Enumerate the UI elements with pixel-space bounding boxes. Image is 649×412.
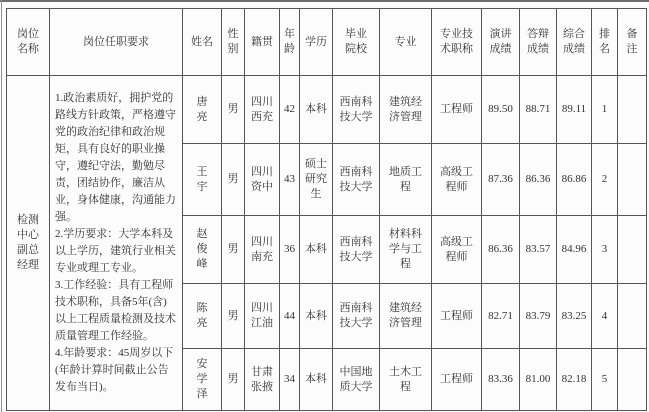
cell-major: 材料科学与工程 [380,216,432,284]
cell-position-name: 检测中心副总经理 [7,76,50,411]
cell-requirements: 1.政治素质好，拥护党的路线方针政策，严格遵守党的政治纪律和政治规矩，具有良好的… [50,76,183,411]
cell-title: 高级工程师 [432,144,482,216]
col-header-school: 毕业院校 [333,9,380,76]
cell-name: 唐亮 [183,76,222,144]
candidate-score-table: 岗位名称 岗位任职要求 姓名 性别 籍贯 年龄 学历 毕业院校 专业 专业技术职… [6,8,647,411]
cell-note [618,144,647,216]
cell-education: 硕士研究生 [300,144,333,216]
cell-title: 工程师 [432,349,482,411]
cell-speech-score: 86.36 [482,216,520,284]
col-header-requirements: 岗位任职要求 [50,9,183,76]
cell-title: 工程师 [432,76,482,144]
col-header-note: 备注 [618,9,647,76]
cell-gender: 男 [222,284,245,349]
cell-rank: 1 [592,76,618,144]
cell-age: 42 [280,76,300,144]
cell-school: 中国地质大学 [333,349,380,411]
cell-education: 本科 [300,349,333,411]
cell-education: 本科 [300,76,333,144]
cell-age: 34 [280,349,300,411]
cell-major: 土木工程 [380,349,432,411]
scanned-document-page: 岗位名称 岗位任职要求 姓名 性别 籍贯 年龄 学历 毕业院校 专业 专业技术职… [0,0,649,412]
col-header-major: 专业 [380,9,432,76]
cell-school: 西南科技大学 [333,216,380,284]
col-header-position-name: 岗位名称 [7,9,50,76]
cell-major: 建筑经济管理 [380,76,432,144]
cell-name: 安学泽 [183,349,222,411]
col-header-name: 姓名 [183,9,222,76]
cell-school: 西南科技大学 [333,144,380,216]
cell-major: 建筑经济管理 [380,284,432,349]
cell-gender: 男 [222,144,245,216]
cell-speech-score: 82.71 [482,284,520,349]
cell-name: 王宇 [183,144,222,216]
cell-native-place: 甘肃张掖 [245,349,280,411]
cell-title: 工程师 [432,284,482,349]
cell-school: 西南科技大学 [333,76,380,144]
table-row: 检测中心副总经理 1.政治素质好，拥护党的路线方针政策，严格遵守党的政治纪律和政… [7,76,647,144]
cell-age: 44 [280,284,300,349]
cell-gender: 男 [222,349,245,411]
cell-education: 本科 [300,216,333,284]
col-header-education: 学历 [300,9,333,76]
cell-speech-score: 83.36 [482,349,520,411]
col-header-title: 专业技术职称 [432,9,482,76]
cell-overall-score: 89.11 [557,76,592,144]
cell-school: 西南科技大学 [333,284,380,349]
cell-rank: 3 [592,216,618,284]
col-header-gender: 性别 [222,9,245,76]
cell-overall-score: 84.96 [557,216,592,284]
cell-name: 赵俊峰 [183,216,222,284]
cell-education: 本科 [300,284,333,349]
col-header-native-place: 籍贯 [245,9,280,76]
scan-edge-top [0,0,649,2]
table-header-row: 岗位名称 岗位任职要求 姓名 性别 籍贯 年龄 学历 毕业院校 专业 专业技术职… [7,9,647,76]
cell-gender: 男 [222,216,245,284]
col-header-defense-score: 答辩成绩 [520,9,557,76]
cell-rank: 4 [592,284,618,349]
cell-defense-score: 88.71 [520,76,557,144]
cell-note [618,216,647,284]
cell-native-place: 四川江油 [245,284,280,349]
col-header-speech-score: 演讲成绩 [482,9,520,76]
cell-note [618,284,647,349]
col-header-overall-score: 综合成绩 [557,9,592,76]
cell-age: 43 [280,144,300,216]
cell-rank: 5 [592,349,618,411]
cell-speech-score: 89.50 [482,76,520,144]
cell-note [618,76,647,144]
cell-age: 36 [280,216,300,284]
cell-major: 地质工程 [380,144,432,216]
cell-rank: 2 [592,144,618,216]
scan-edge-left [1,0,2,412]
cell-speech-score: 87.36 [482,144,520,216]
cell-defense-score: 83.57 [520,216,557,284]
cell-overall-score: 82.18 [557,349,592,411]
cell-note [618,349,647,411]
col-header-age: 年龄 [280,9,300,76]
cell-defense-score: 86.36 [520,144,557,216]
cell-native-place: 四川资中 [245,144,280,216]
cell-native-place: 四川西充 [245,76,280,144]
cell-title: 高级工程师 [432,216,482,284]
cell-native-place: 四川南充 [245,216,280,284]
cell-defense-score: 81.00 [520,349,557,411]
col-header-rank: 排名 [592,9,618,76]
cell-overall-score: 83.25 [557,284,592,349]
cell-defense-score: 83.79 [520,284,557,349]
cell-name: 陈亮 [183,284,222,349]
cell-overall-score: 86.86 [557,144,592,216]
cell-gender: 男 [222,76,245,144]
